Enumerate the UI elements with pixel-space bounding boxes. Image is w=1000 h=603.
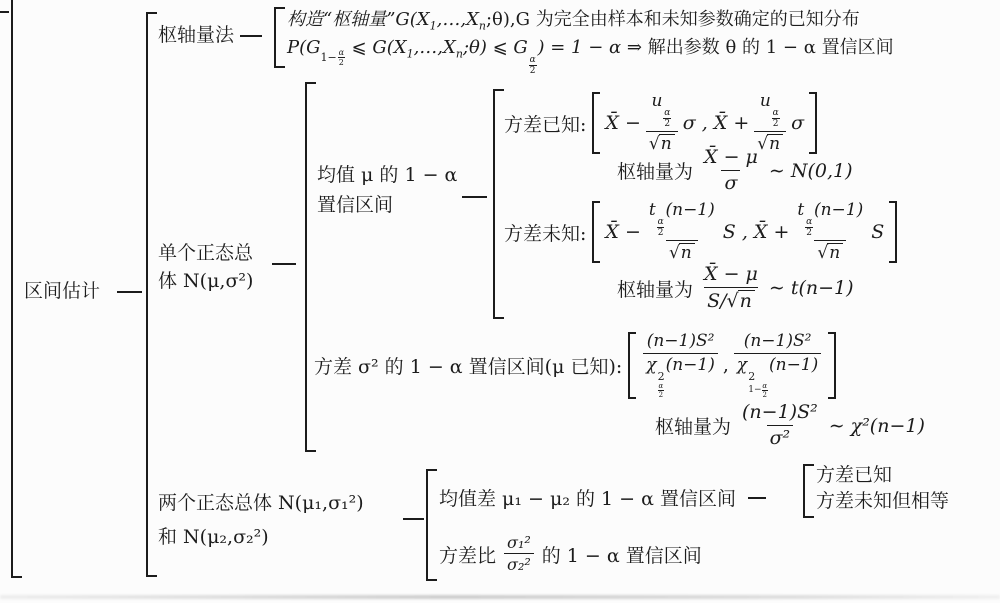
u-alpha-over-sqrt-n-fraction: uα2 √n bbox=[754, 92, 786, 154]
g-subscript-lower: 1−α2 bbox=[321, 48, 346, 67]
variance-ratio-row: 方差比 σ₁² σ₂² 的 1 − α 置信区间 bbox=[439, 534, 702, 575]
variance-unknown-row: 方差未知: X̄ − tα2(n−1) √n S , X̄ + tα2(n−1)… bbox=[504, 201, 897, 263]
two-normal-label-line1: 两个正态总体 N(μ₁,σ₁²) bbox=[158, 492, 364, 516]
pivot-method-bracket bbox=[274, 7, 285, 68]
root-connector-dash bbox=[117, 291, 142, 293]
pivot-t-row: 枢轴量为 X̄ − μ S/√n ∼ t(n−1) bbox=[617, 264, 854, 313]
sqrt-n: √n bbox=[669, 243, 695, 263]
alpha-over-2: α2 bbox=[529, 55, 537, 77]
chi-sup-sub: 2α2 bbox=[658, 371, 665, 399]
pivot-method-label: 枢轴量法 bbox=[158, 24, 234, 48]
single-normal-label-line1: 单个正态总 bbox=[158, 242, 253, 266]
interval-estimation-tree-figure: 区间估计 枢轴量法 构造“枢轴量”G(X1,…,Xn;θ),G 为完全由样本和未… bbox=[0, 0, 1000, 603]
case-variance-unknown-equal: 方差未知但相等 bbox=[816, 490, 949, 514]
sigma1-over-sigma2-fraction: σ₁² σ₂² bbox=[504, 534, 534, 575]
single-normal-connector-dash bbox=[272, 263, 296, 265]
left-square-bracket bbox=[628, 332, 636, 399]
left-square-bracket bbox=[592, 92, 600, 154]
chi-sup-sub: 21−α2 bbox=[748, 371, 768, 399]
n-1-s2-over-sigma2-fraction: (n−1)S² σ² bbox=[739, 402, 821, 450]
mean-ci-label-line2: 置信区间 bbox=[317, 194, 393, 218]
mean-diff-cases-bracket bbox=[803, 464, 814, 518]
xbar-minus-mu-over-sigma-fraction: X̄ − μ σ bbox=[701, 147, 761, 195]
pivot-normal-row: 枢轴量为 X̄ − μ σ ∼ N(0,1) bbox=[617, 147, 853, 195]
left-square-bracket bbox=[592, 201, 600, 263]
xbar-minus-mu-over-s-sqrt-n-fraction: X̄ − μ S/√n bbox=[701, 264, 761, 313]
t-alpha-over-sqrt-n-fraction: tα2(n−1) √n bbox=[646, 201, 718, 263]
mean-diff-connector-dash bbox=[748, 497, 766, 499]
variance-ci-row: 方差 σ² 的 1 − α 置信区间(μ 已知): (n−1)S² χ2α2(n… bbox=[314, 332, 836, 399]
two-normal-bracket bbox=[426, 469, 437, 581]
variance-unknown-interval: X̄ − tα2(n−1) √n S , X̄ + tα2(n−1) √n S bbox=[592, 201, 897, 263]
variance-known-row: 方差已知: X̄ − uα2 √n σ , X̄ + uα2 √n σ bbox=[504, 92, 817, 154]
right-square-bracket bbox=[828, 332, 836, 399]
variance-known-label: 方差已知: bbox=[504, 110, 586, 137]
mean-ci-bracket bbox=[493, 89, 504, 319]
parent-connector-dash bbox=[0, 11, 9, 13]
single-normal-label-line2: 体 N(μ,σ²) bbox=[158, 270, 253, 294]
case-variance-known: 方差已知 bbox=[816, 464, 892, 488]
pivot-method-line2: P(G1−α2 ⩽ G(X1,…,Xn;θ) ⩽ Gα2) = 1 − α ⇒ … bbox=[287, 37, 894, 77]
variance-ci-label: 方差 σ² 的 1 − α 置信区间(μ 已知): bbox=[314, 352, 622, 379]
t-alpha-over-sqrt-n-fraction: tα2(n−1) √n bbox=[794, 201, 866, 263]
outer-parent-bracket-line bbox=[11, 0, 22, 578]
alpha-over-2: α2 bbox=[338, 48, 345, 67]
right-square-bracket bbox=[809, 92, 817, 154]
mean-ci-connector-dash bbox=[462, 196, 487, 198]
two-normal-label-line2: 和 N(μ₂,σ₂²) bbox=[158, 526, 269, 550]
u-alpha-over-sqrt-n-fraction: uα2 √n bbox=[646, 92, 678, 154]
right-square-bracket bbox=[889, 201, 897, 263]
pivot-method-line1: 构造“枢轴量”G(X1,…,Xn;θ),G 为完全由样本和未知参数确定的已知分布 bbox=[287, 9, 860, 33]
variance-unknown-label: 方差未知: bbox=[504, 219, 586, 246]
root-label: 区间估计 bbox=[24, 280, 100, 304]
sqrt-n: √n bbox=[817, 243, 843, 263]
mean-diff-row: 均值差 μ₁ − μ₂ 的 1 − α 置信区间 bbox=[439, 484, 772, 511]
sqrt-n: √n bbox=[726, 290, 754, 312]
variance-ci-interval: (n−1)S² χ2α2(n−1) , (n−1)S² χ21−α2(n−1) bbox=[628, 332, 836, 399]
scan-artifact-line bbox=[0, 595, 1000, 599]
two-normal-connector-dash bbox=[403, 518, 424, 520]
chi-square-fraction-upper: (n−1)S² χ21−α2(n−1) bbox=[734, 332, 821, 399]
variance-known-interval: X̄ − uα2 √n σ , X̄ + uα2 √n σ bbox=[592, 92, 817, 154]
chi-square-fraction-lower: (n−1)S² χ2α2(n−1) bbox=[643, 332, 718, 399]
pivot-method-connector-dash bbox=[240, 35, 262, 37]
mean-ci-label-line1: 均值 μ 的 1 − α bbox=[317, 164, 457, 188]
main-bracket bbox=[146, 12, 157, 577]
pivot-chi-row: 枢轴量为 (n−1)S² σ² ∼ χ²(n−1) bbox=[655, 402, 925, 450]
